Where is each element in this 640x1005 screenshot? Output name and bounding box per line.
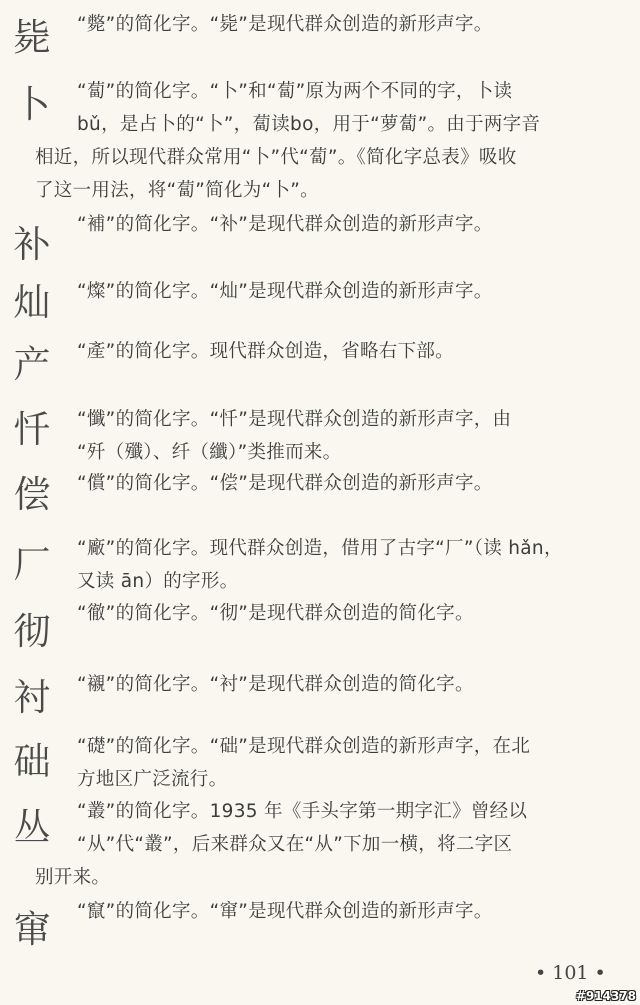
entry-text-line: 了这一用法，将“蔔”简化为“卜”。 — [35, 174, 633, 207]
entry-head-character: 衬 — [10, 678, 54, 718]
entry-text-line: “蔔”的简化字。“卜”和“蔔”原为两个不同的字，卜读 — [77, 75, 633, 108]
entry-text-line: 别开来。 — [35, 861, 633, 894]
entry-explanation: “懺”的简化字。“忏”是现代群众创造的新形声字，由“歼（殲）、纤（纖）”类推而来… — [77, 403, 633, 469]
entry-head-character: 偿 — [10, 475, 54, 515]
entry-head-character: 产 — [10, 345, 54, 385]
entry-explanation: “竄”的简化字。“窜”是现代群众创造的新形声字。 — [77, 895, 633, 928]
entry-head-character: 忏 — [10, 410, 54, 450]
page-number: • 101 • — [535, 962, 606, 984]
entry-explanation: “叢”的简化字。1935 年《手头字第一期字汇》曾经以“从”代“叢”，后来群众又… — [77, 795, 633, 894]
entry-text-line: “償”的简化字。“偿”是现代群众创造的新形声字。 — [77, 467, 633, 500]
entry-head-character: 毙 — [10, 18, 54, 58]
entry-text-line: “礎”的简化字。“础”是现代群众创造的新形声字，在北 — [77, 730, 633, 763]
entry-text-line: “斃”的简化字。“毙”是现代群众创造的新形声字。 — [77, 8, 633, 41]
entry-explanation: “襯”的简化字。“衬”是现代群众创造的简化字。 — [77, 668, 633, 701]
entry-text-line: “廠”的简化字。现代群众创造，借用了古字“厂”（读 hǎn， — [77, 532, 633, 565]
entry-head-character: 彻 — [10, 612, 54, 652]
entry-text-line: 相近，所以现代群众常用“卜”代“蔔”。《简化字总表》吸收 — [35, 141, 633, 174]
entry-text-line: bǔ，是占卜的“卜”，蔔读bo，用于“萝蔔”。由于两字音 — [77, 108, 633, 141]
entry-text-line: “襯”的简化字。“衬”是现代群众创造的简化字。 — [77, 668, 633, 701]
entry-text-line: “燦”的简化字。“灿”是现代群众创造的新形声字。 — [77, 275, 633, 308]
entry-explanation: “償”的简化字。“偿”是现代群众创造的新形声字。 — [77, 467, 633, 500]
entry-text-line: “產”的简化字。现代群众创造，省略右下部。 — [77, 335, 633, 368]
entry-explanation: “廠”的简化字。现代群众创造，借用了古字“厂”（读 hǎn，又读 ān）的字形。 — [77, 532, 633, 598]
entry-explanation: “蔔”的简化字。“卜”和“蔔”原为两个不同的字，卜读bǔ，是占卜的“卜”，蔔读b… — [77, 75, 633, 207]
entry-text-line: “叢”的简化字。1935 年《手头字第一期字汇》曾经以 — [77, 795, 633, 828]
entry-head-character: 灿 — [10, 283, 54, 323]
entry-head-character: 卜 — [10, 85, 54, 125]
entry-explanation: “斃”的简化字。“毙”是现代群众创造的新形声字。 — [77, 8, 633, 41]
watermark-id: #914378 — [576, 989, 636, 1003]
entry-explanation: “燦”的简化字。“灿”是现代群众创造的新形声字。 — [77, 275, 633, 308]
entry-text-line: “徹”的简化字。“彻”是现代群众创造的简化字。 — [77, 597, 633, 630]
entry-text-line: “歼（殲）、纤（纖）”类推而来。 — [77, 436, 633, 469]
entry-explanation: “產”的简化字。现代群众创造，省略右下部。 — [77, 335, 633, 368]
entry-head-character: 础 — [10, 742, 54, 782]
entry-explanation: “礎”的简化字。“础”是现代群众创造的新形声字，在北方地区广泛流行。 — [77, 730, 633, 796]
entry-explanation: “補”的简化字。“补”是现代群众创造的新形声字。 — [77, 208, 633, 241]
entry-text-line: “从”代“叢”，后来群众又在“从”下加一横，将二字区 — [77, 828, 633, 861]
entry-head-character: 丛 — [10, 808, 54, 848]
entry-text-line: 又读 ān）的字形。 — [77, 565, 633, 598]
entry-text-line: “補”的简化字。“补”是现代群众创造的新形声字。 — [77, 208, 633, 241]
entry-text-line: 方地区广泛流行。 — [77, 763, 633, 796]
entry-text-line: “懺”的简化字。“忏”是现代群众创造的新形声字，由 — [77, 403, 633, 436]
entry-text-line: “竄”的简化字。“窜”是现代群众创造的新形声字。 — [77, 895, 633, 928]
entry-explanation: “徹”的简化字。“彻”是现代群众创造的简化字。 — [77, 597, 633, 630]
entry-head-character: 厂 — [10, 545, 54, 585]
entry-head-character: 窜 — [10, 910, 54, 950]
entry-head-character: 补 — [10, 225, 54, 265]
